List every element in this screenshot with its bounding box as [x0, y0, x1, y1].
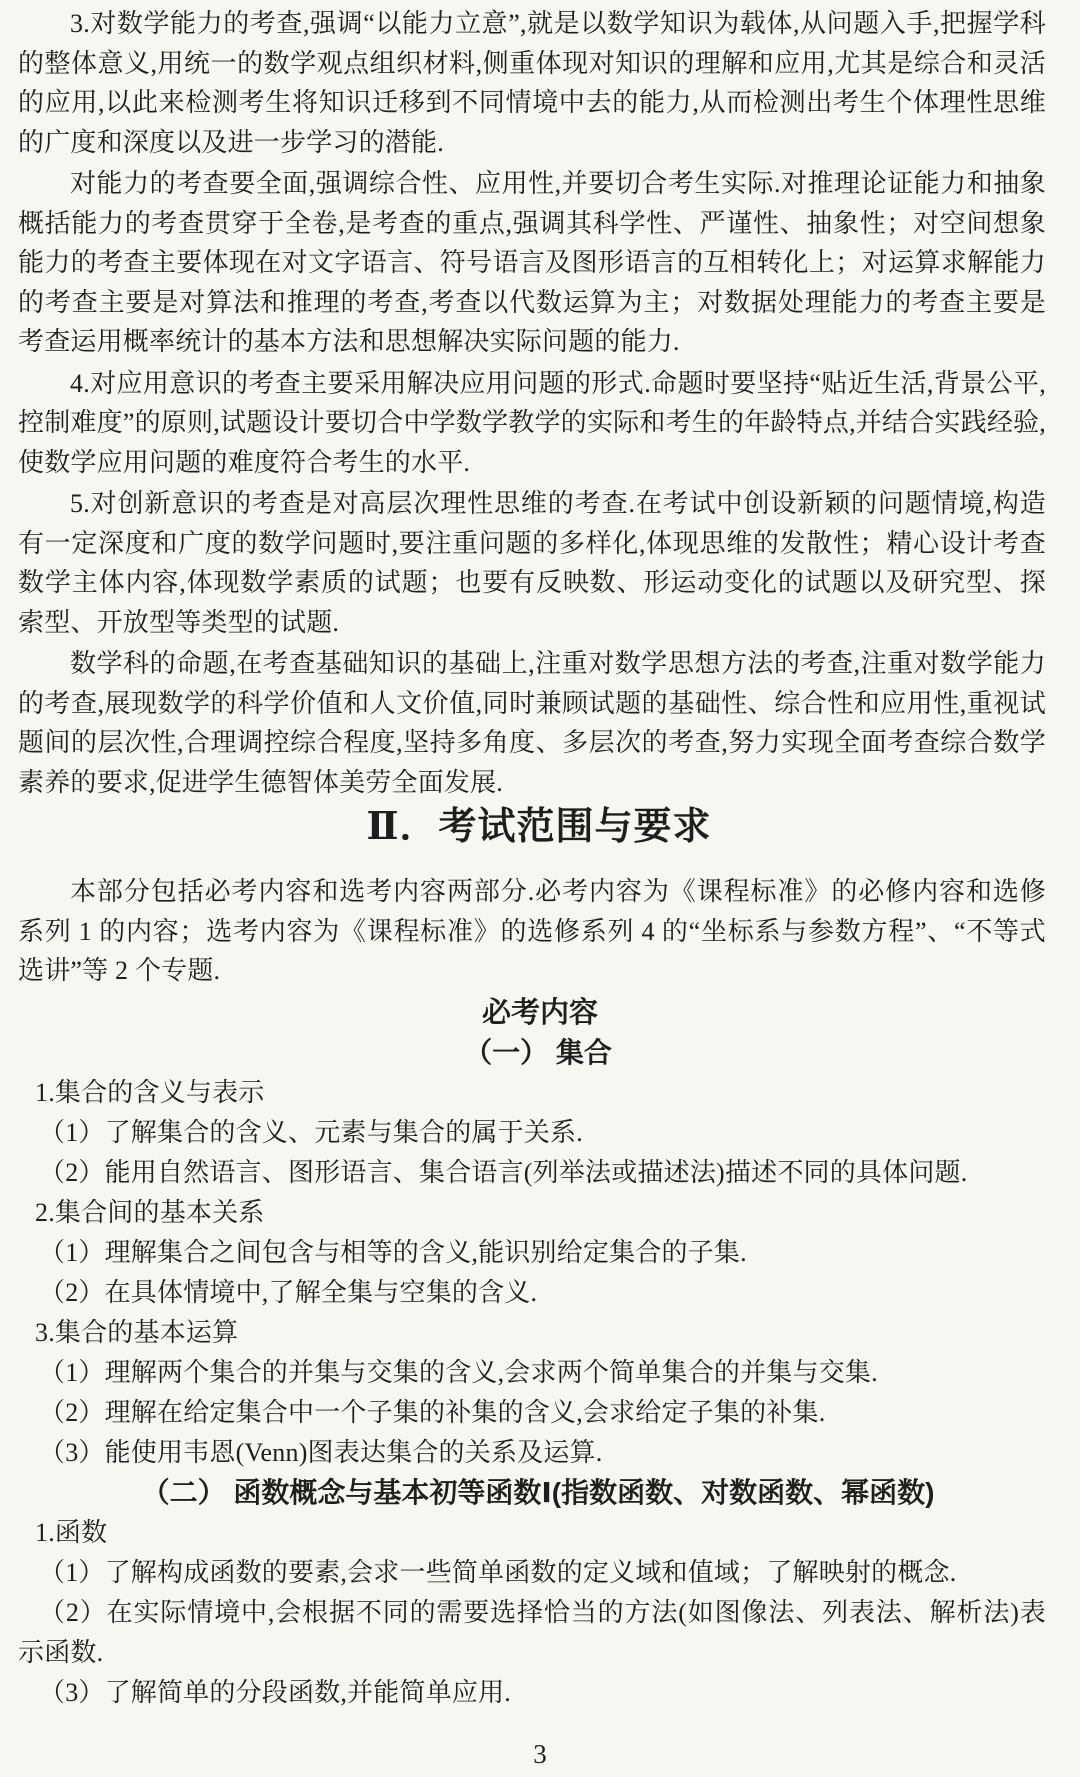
syllabus-item: 1.集合的含义与表示	[18, 1073, 1046, 1113]
scope-paragraph: 本部分包括必考内容和选考内容两部分.必考内容为《课程标准》的必修内容和选修系列 …	[18, 872, 1046, 991]
intro-paragraph-ability: 3.对数学能力的考查,强调“以能力立意”,就是以数学知识为载体,从问题入手,把握…	[18, 4, 1046, 162]
intro-paragraph-innovation: 5.对创新意识的考查是对高层次理性思维的考查.在考试中创设新颖的问题情境,构造有…	[18, 484, 1046, 642]
syllabus-subitem: （1）理解集合之间包含与相等的含义,能识别给定集合的子集.	[18, 1233, 1046, 1273]
intro-paragraph-comprehensive: 对能力的考查要全面,强调综合性、应用性,并要切合考生实际.对推理论证能力和抽象概…	[18, 164, 1046, 362]
page-number: 3	[0, 1738, 1080, 1770]
syllabus-item: 3.集合的基本运算	[18, 1313, 1046, 1353]
syllabus-subitem: （1）了解构成函数的要素,会求一些简单函数的定义域和值域；了解映射的概念.	[18, 1553, 1046, 1593]
syllabus-subitem: （3）能使用韦恩(Venn)图表达集合的关系及运算.	[18, 1433, 1046, 1473]
chapter-heading-exam-scope: Ⅱ．考试范围与要求	[18, 804, 1046, 850]
syllabus-subitem: （2）理解在给定集合中一个子集的补集的含义,会求给定子集的补集.	[18, 1393, 1046, 1433]
topic-heading-functions: （二） 函数概念与基本初等函数Ⅰ(指数函数、对数函数、幂函数)	[18, 1473, 1046, 1513]
required-content-heading: 必考内容	[18, 993, 1046, 1033]
syllabus-subitem: （1）了解集合的含义、元素与集合的属于关系.	[18, 1113, 1046, 1153]
syllabus-subitem: （1）理解两个集合的并集与交集的含义,会求两个简单集合的并集与交集.	[18, 1353, 1046, 1393]
syllabus-item: 1.函数	[18, 1513, 1046, 1553]
syllabus-subitem: （2）在实际情境中,会根据不同的需要选择恰当的方法(如图像法、列表法、解析法)表…	[18, 1593, 1046, 1673]
syllabus-item: 2.集合间的基本关系	[18, 1193, 1046, 1233]
document-page: 3.对数学能力的考查,强调“以能力立意”,就是以数学知识为载体,从问题入手,把握…	[0, 0, 1080, 1777]
syllabus-subitem: （2）能用自然语言、图形语言、集合语言(列举法或描述法)描述不同的具体问题.	[18, 1153, 1046, 1193]
intro-paragraph-application: 4.对应用意识的考查主要采用解决应用问题的形式.命题时要坚持“贴近生活,背景公平…	[18, 364, 1046, 483]
syllabus-subitem: （2）在具体情境中,了解全集与空集的含义.	[18, 1273, 1046, 1313]
syllabus-subitem: （3）了解简单的分段函数,并能简单应用.	[18, 1673, 1046, 1713]
intro-paragraph-proposition: 数学科的命题,在考查基础知识的基础上,注重对数学思想方法的考查,注重对数学能力的…	[18, 644, 1046, 802]
topic-heading-sets: （一） 集合	[18, 1033, 1046, 1073]
